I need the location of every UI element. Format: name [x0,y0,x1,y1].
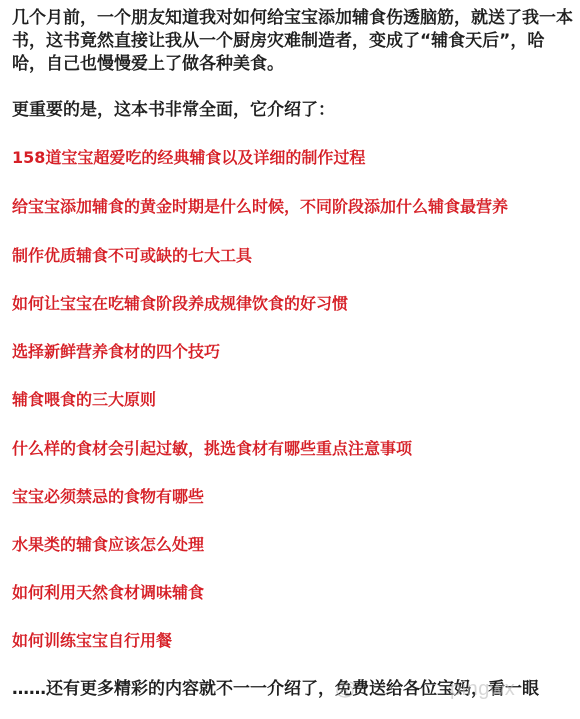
intro-paragraph: 几个月前，一个朋友知道我对如何给宝宝添加辅食伤透脑筋，就送了我一本书，这书竟然直… [12,7,578,76]
list-item: 辅食喂食的三大原则 [12,389,156,411]
list-item: 如何让宝宝在吃辅食阶段养成规律饮食的好习惯 [12,293,348,315]
closing-line: ……还有更多精彩的内容就不一一介绍了，免费送给各位宝妈，看一眼 [12,678,539,701]
list-item: 如何训练宝宝自行用餐 [12,630,172,652]
list-item: 如何利用天然食材调味辅食 [12,582,204,604]
list-item: 给宝宝添加辅食的黄金时期是什么时候，不同阶段添加什么辅食最营养 [12,196,508,218]
list-item: 选择新鲜营养食材的四个技巧 [12,341,220,363]
list-item: 制作优质辅食不可或缺的七大工具 [12,245,252,267]
list-item: 宝宝必须禁忌的食物有哪些 [12,486,204,508]
list-intro-heading: 更重要的是，这本书非常全面，它介绍了： [12,99,335,122]
list-item: 什么样的食材会引起过敏，挑选食材有哪些重点注意事项 [12,438,412,460]
list-item: 158道宝宝超爱吃的经典辅食以及详细的制作过程 [12,147,365,169]
list-item: 水果类的辅食应该怎么处理 [12,534,204,556]
